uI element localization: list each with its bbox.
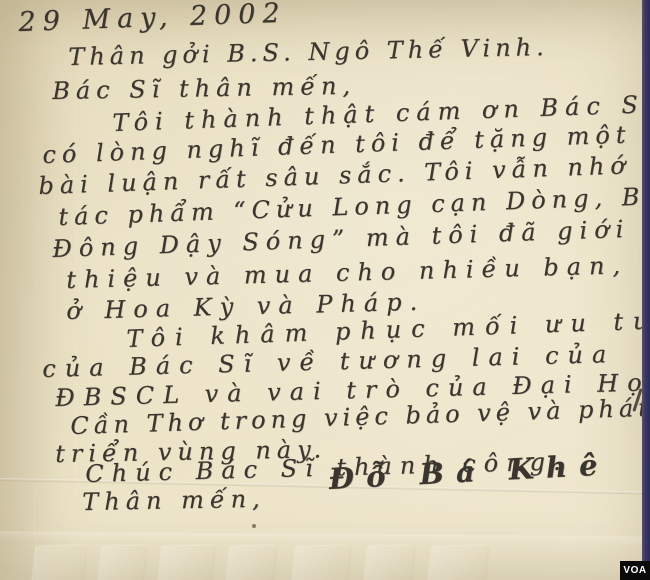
embossed-letter-shape (98, 546, 146, 580)
embossed-letter-shape (292, 546, 350, 580)
ink-dot (252, 524, 256, 528)
embossed-letter-shape (428, 546, 488, 580)
letter-closing: Thân mến, (82, 486, 266, 516)
voa-watermark: VOA (620, 561, 650, 580)
letter-line: Bác Sĩ thân mến, (52, 73, 356, 105)
embossed-letter-shape (32, 546, 86, 580)
photo-edge-strip (642, 0, 650, 580)
embossed-letter-shape (364, 546, 414, 580)
voa-watermark-label: VOA (623, 565, 646, 576)
embossed-letter-shape (158, 546, 214, 580)
embossed-letterhead (28, 546, 548, 580)
embossed-letter-shape (226, 546, 276, 580)
letter-photo: 29 May, 2002 Thân gởi B.S. Ngô Thế Vinh.… (0, 0, 650, 580)
